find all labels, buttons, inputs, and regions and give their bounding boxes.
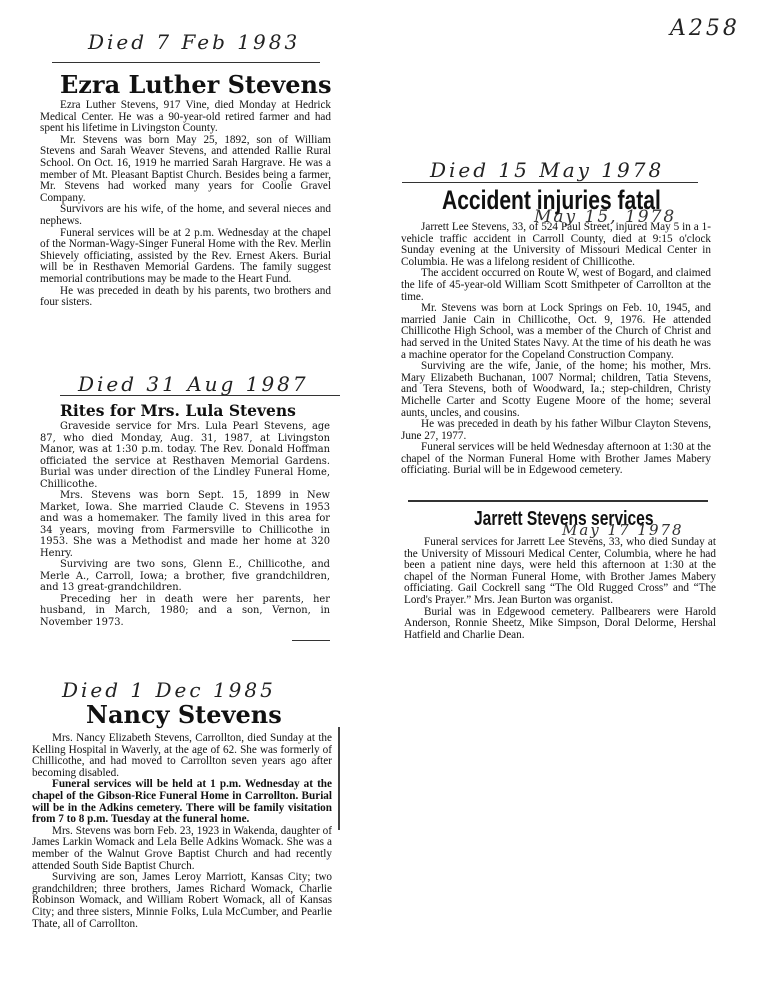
- article-body: Funeral services for Jarrett Lee Stevens…: [404, 537, 716, 641]
- article-body: Ezra Luther Stevens, 917 Vine, died Mond…: [40, 100, 331, 309]
- divider: [402, 182, 698, 183]
- paragraph: Burial was in Edgewood cemetery. Pallbea…: [404, 607, 716, 642]
- paragraph: Ezra Luther Stevens, 917 Vine, died Mond…: [40, 100, 331, 135]
- paragraph: Surviving are the wife, Janie, of the ho…: [401, 361, 711, 419]
- paragraph: Mrs. Stevens was born Sept. 15, 1899 in …: [40, 490, 330, 559]
- paragraph: Mrs. Nancy Elizabeth Stevens, Carrollton…: [32, 733, 332, 779]
- headline: Nancy Stevens: [86, 700, 282, 729]
- paragraph: Funeral services will be held at 1 p.m. …: [32, 779, 332, 825]
- divider: [52, 62, 320, 63]
- article-body: Mrs. Nancy Elizabeth Stevens, Carrollton…: [32, 733, 332, 930]
- paragraph: Mr. Stevens was born May 25, 1892, son o…: [40, 135, 331, 205]
- handwritten-date: Died 7 Feb 1983: [88, 30, 300, 54]
- paragraph: Funeral services for Jarrett Lee Stevens…: [404, 537, 716, 607]
- page-annotation: A258: [670, 16, 740, 41]
- paragraph: Funeral services will be held Wednesday …: [401, 442, 711, 477]
- paragraph: Funeral services will be at 2 p.m. Wedne…: [40, 228, 331, 286]
- handwritten-date: Died 15 May 1978: [430, 158, 664, 182]
- paragraph: Surviving are son, James Leroy Marriott,…: [32, 872, 332, 930]
- article-body: Graveside service for Mrs. Lula Pearl St…: [40, 421, 330, 628]
- paragraph: The accident occurred on Route W, west o…: [401, 268, 711, 303]
- divider: [408, 500, 708, 502]
- divider: [292, 640, 330, 641]
- paragraph: Surviving are two sons, Glenn E., Chilli…: [40, 559, 330, 594]
- paragraph: He was preceded in death by his father W…: [401, 419, 711, 442]
- paragraph: Mrs. Stevens was born Feb. 23, 1923 in W…: [32, 826, 332, 872]
- paragraph: Graveside service for Mrs. Lula Pearl St…: [40, 421, 330, 490]
- handwritten-date: Died 1 Dec 1985: [62, 678, 276, 702]
- article-body: Jarrett Lee Stevens, 33, of 524 Paul Str…: [401, 222, 711, 477]
- paragraph: Jarrett Lee Stevens, 33, of 524 Paul Str…: [401, 222, 711, 268]
- headline: Rites for Mrs. Lula Stevens: [60, 401, 296, 420]
- column-edge: [338, 727, 340, 830]
- handwritten-date: Died 31 Aug 1987: [78, 372, 309, 396]
- headline: Ezra Luther Stevens: [60, 70, 331, 99]
- paragraph: Mr. Stevens was born at Lock Springs on …: [401, 303, 711, 361]
- divider: [60, 395, 340, 396]
- paragraph: He was preceded in death by his parents,…: [40, 286, 331, 309]
- paragraph: Preceding her in death were her parents,…: [40, 594, 330, 629]
- paragraph: Survivors are his wife, of the home, and…: [40, 204, 331, 227]
